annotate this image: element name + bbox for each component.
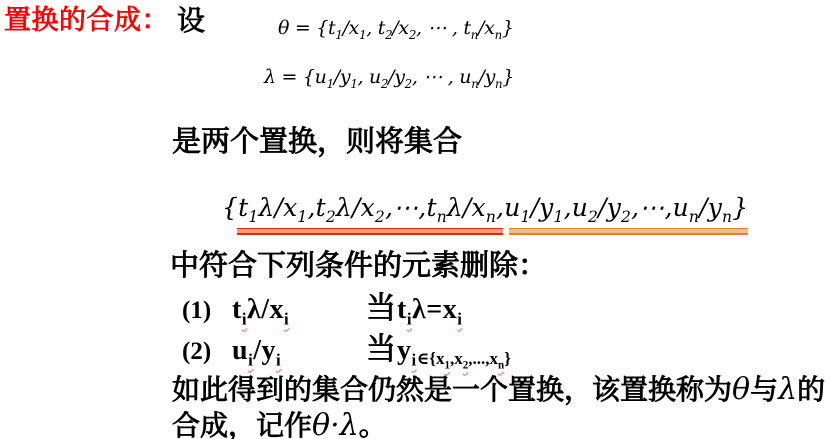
sentence-two-substitutions: 是两个置换，则将集合 (172, 126, 462, 159)
lambda-symbol: λ (778, 372, 797, 407)
condition-1-expression: tiλ/xi (232, 294, 289, 329)
sentence-delete-condition: 中符合下列条件的元素删除： (170, 250, 547, 283)
closing-line1-text: 如此得到的集合仍然是一个置换，该置换称为 (172, 374, 732, 405)
theta-symbol: θ (732, 372, 750, 407)
condition-2-when-label: 当 (366, 333, 396, 368)
closing-period: 。 (359, 410, 387, 439)
orange-double-underline (509, 228, 748, 235)
composition-notation: θ·λ (312, 408, 359, 439)
lambda-substitution-formula: λ = {u1/y1, u2/y2, ⋯ , un/yn} (264, 67, 514, 91)
closing-line2-text: 合成，记作 (172, 410, 312, 439)
closing-line-2: 合成，记作θ·λ。 (172, 409, 387, 439)
closing-line1-mid: 与 (750, 374, 778, 405)
theta-substitution-formula: θ = {t1/x1, t2/x2, ⋯ , tn/xn} (278, 18, 514, 42)
condition-1-number: (1) (182, 297, 211, 326)
condition-2-variable: yi (397, 335, 417, 366)
closing-line-1: 如此得到的集合仍然是一个置换，该置换称为θ与λ的 (172, 373, 825, 408)
condition-2-criterion: yi∈{x1,x2,...,xn} (397, 335, 511, 372)
closing-line1-suffix: 的 (797, 374, 825, 405)
condition-2-number: (2) (182, 338, 211, 367)
condition-1-criterion: tiλ=xi (397, 294, 462, 329)
lead-word: 设 (177, 5, 205, 37)
red-double-underline (237, 228, 503, 235)
condition-2-expression: ui/yi (232, 335, 281, 370)
condition-2-membership-set: ∈{x1,x2,...,xn} (417, 349, 511, 368)
lecture-slide: 置换的合成： 设 θ = {t1/x1, t2/x2, ⋯ , tn/xn} λ… (0, 0, 831, 439)
union-set-formula: {t1λ/x1,t2λ/x2,⋯,tnλ/xn,u1/y1,u2/y2,⋯,un… (222, 194, 748, 227)
slide-title: 置换的合成： (4, 5, 169, 36)
condition-1-when-label: 当 (366, 292, 396, 327)
